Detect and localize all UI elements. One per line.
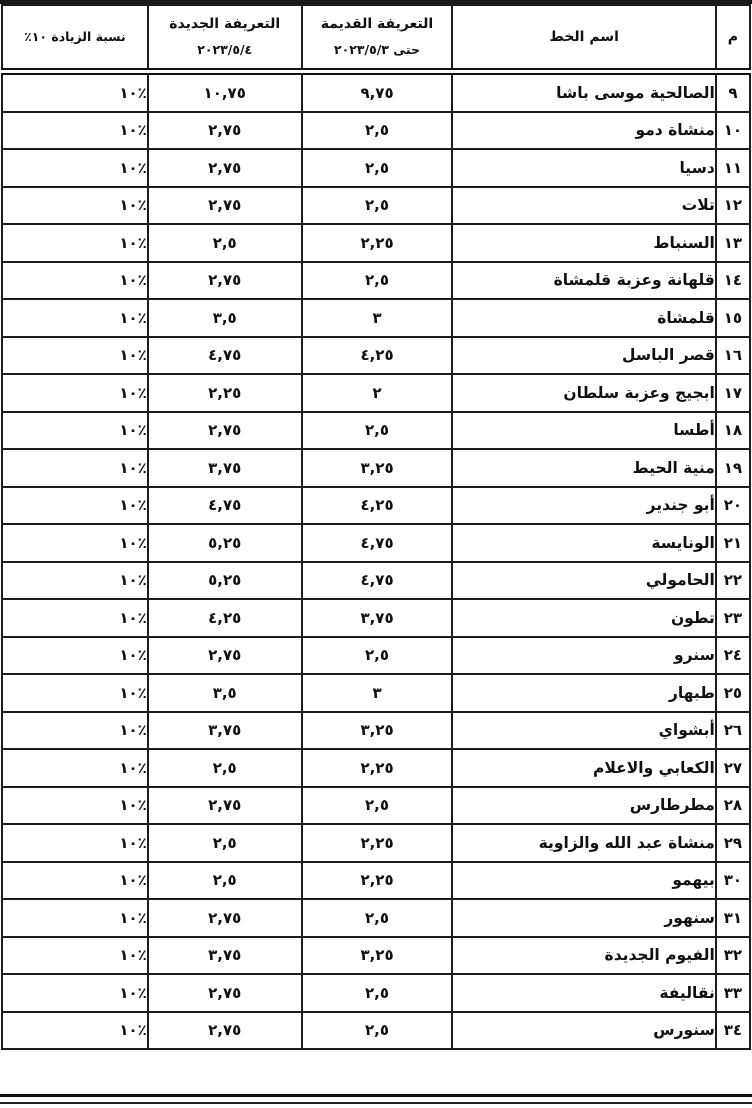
row-old-fare: ٣,٢٥ (302, 712, 453, 750)
row-line-name: سنورس (452, 1012, 715, 1050)
row-old-fare: ٢,٥ (302, 412, 453, 450)
header-increase: نسبة الزيادة ١٠٪ (2, 5, 148, 72)
row-new-fare: ٢,٥ (148, 862, 302, 900)
row-increase: ٪١٠ (2, 374, 148, 412)
row-num: ١٨ (716, 412, 750, 450)
row-num: ٢٠ (716, 487, 750, 525)
row-num: ٣١ (716, 899, 750, 937)
row-increase: ٪١٠ (2, 299, 148, 337)
row-old-fare: ٢,٥ (302, 112, 453, 150)
row-increase: ٪١٠ (2, 187, 148, 225)
table-row: ١٤قلهانة وعزبة قلمشاة٢,٥٢,٧٥٪١٠ (2, 262, 750, 300)
row-old-fare: ٢ (302, 374, 453, 412)
table-row: ٢٠أبو جندير٤,٢٥٤,٧٥٪١٠ (2, 487, 750, 525)
row-increase: ٪١٠ (2, 412, 148, 450)
row-old-fare: ٤,٧٥ (302, 562, 453, 600)
row-num: ٢٧ (716, 749, 750, 787)
row-increase: ٪١٠ (2, 824, 148, 862)
row-num: ٣٠ (716, 862, 750, 900)
row-increase: ٪١٠ (2, 224, 148, 262)
row-new-fare: ٢,٧٥ (148, 149, 302, 187)
row-increase: ٪١٠ (2, 562, 148, 600)
row-line-name: أبشواي (452, 712, 715, 750)
row-line-name: تلات (452, 187, 715, 225)
row-line-name: نقاليفة (452, 974, 715, 1012)
row-num: ٢٣ (716, 599, 750, 637)
row-old-fare: ٣,٢٥ (302, 449, 453, 487)
row-increase: ٪١٠ (2, 337, 148, 375)
table-row: ١٥قلمشاة٣٣,٥٪١٠ (2, 299, 750, 337)
row-line-name: الفيوم الجديدة (452, 937, 715, 975)
row-line-name: أطسا (452, 412, 715, 450)
row-old-fare: ٤,٢٥ (302, 337, 453, 375)
row-old-fare: ٢,٥ (302, 187, 453, 225)
row-increase: ٪١٠ (2, 449, 148, 487)
row-line-name: الصالحية موسى باشا (452, 72, 715, 112)
header-new-fare-title: التعريفة الجديدة (149, 11, 301, 37)
header-old-fare-date: حتى ٢٠٢٣/٥/٣ (303, 37, 452, 63)
row-num: ٣٣ (716, 974, 750, 1012)
row-increase: ٪١٠ (2, 937, 148, 975)
row-num: ١١ (716, 149, 750, 187)
row-old-fare: ٤,٧٥ (302, 524, 453, 562)
row-num: ١٠ (716, 112, 750, 150)
row-new-fare: ٣,٥ (148, 674, 302, 712)
row-increase: ٪١٠ (2, 112, 148, 150)
row-increase: ٪١٠ (2, 674, 148, 712)
row-new-fare: ٣,٧٥ (148, 449, 302, 487)
row-increase: ٪١٠ (2, 149, 148, 187)
row-increase: ٪١٠ (2, 637, 148, 675)
row-line-name: تطون (452, 599, 715, 637)
row-old-fare: ٣,٢٥ (302, 937, 453, 975)
header-old-fare-title: التعريفة القديمة (303, 11, 452, 37)
row-new-fare: ١٠,٧٥ (148, 72, 302, 112)
row-old-fare: ٢,٢٥ (302, 749, 453, 787)
row-new-fare: ٣,٥ (148, 299, 302, 337)
row-old-fare: ٢,٥ (302, 637, 453, 675)
row-old-fare: ٣ (302, 674, 453, 712)
row-new-fare: ٢,٧٥ (148, 787, 302, 825)
row-num: ٢٢ (716, 562, 750, 600)
row-num: ١٤ (716, 262, 750, 300)
row-increase: ٪١٠ (2, 787, 148, 825)
row-line-name: منية الحيط (452, 449, 715, 487)
row-line-name: قلهانة وعزبة قلمشاة (452, 262, 715, 300)
row-line-name: قصر الباسل (452, 337, 715, 375)
table-row: ٢٤سنرو٢,٥٢,٧٥٪١٠ (2, 637, 750, 675)
table-row: ٢٢الحامولي٤,٧٥٥,٢٥٪١٠ (2, 562, 750, 600)
row-line-name: منشاة دمو (452, 112, 715, 150)
table-row: ١٠منشاة دمو٢,٥٢,٧٥٪١٠ (2, 112, 750, 150)
table-row: ١٢تلات٢,٥٢,٧٥٪١٠ (2, 187, 750, 225)
row-num: ٩ (716, 72, 750, 112)
row-line-name: دسيا (452, 149, 715, 187)
row-line-name: مطرطارس (452, 787, 715, 825)
row-new-fare: ٢,٧٥ (148, 899, 302, 937)
row-line-name: سنهور (452, 899, 715, 937)
row-new-fare: ٥,٢٥ (148, 562, 302, 600)
table-row: ٢٦أبشواي٣,٢٥٣,٧٥٪١٠ (2, 712, 750, 750)
row-new-fare: ٤,٧٥ (148, 337, 302, 375)
bottom-border (0, 1094, 752, 1104)
table-row: ٣٤سنورس٢,٥٢,٧٥٪١٠ (2, 1012, 750, 1050)
row-line-name: طبهار (452, 674, 715, 712)
row-new-fare: ٢,٥ (148, 224, 302, 262)
row-increase: ٪١٠ (2, 1012, 148, 1050)
row-old-fare: ٢,٢٥ (302, 862, 453, 900)
row-old-fare: ٢,٢٥ (302, 224, 453, 262)
row-old-fare: ٢,٥ (302, 899, 453, 937)
row-line-name: أبو جندير (452, 487, 715, 525)
row-old-fare: ٣,٧٥ (302, 599, 453, 637)
row-num: ١٢ (716, 187, 750, 225)
row-increase: ٪١٠ (2, 712, 148, 750)
table-row: ٣٣نقاليفة٢,٥٢,٧٥٪١٠ (2, 974, 750, 1012)
row-new-fare: ٢,٥ (148, 749, 302, 787)
fare-table: م اسم الخط التعريفة القديمة حتى ٢٠٢٣/٥/٣… (1, 4, 751, 1050)
row-num: ٢١ (716, 524, 750, 562)
row-increase: ٪١٠ (2, 899, 148, 937)
row-increase: ٪١٠ (2, 862, 148, 900)
row-new-fare: ٤,٢٥ (148, 599, 302, 637)
table-row: ١١دسيا٢,٥٢,٧٥٪١٠ (2, 149, 750, 187)
row-new-fare: ٢,٧٥ (148, 637, 302, 675)
table-row: ١٣السنباط٢,٢٥٢,٥٪١٠ (2, 224, 750, 262)
row-num: ١٧ (716, 374, 750, 412)
row-increase: ٪١٠ (2, 974, 148, 1012)
table-row: ٢١الونايسة٤,٧٥٥,٢٥٪١٠ (2, 524, 750, 562)
table-row: ٢٥طبهار٣٣,٥٪١٠ (2, 674, 750, 712)
row-old-fare: ٢,٥ (302, 787, 453, 825)
header-new-fare-date: ٢٠٢٣/٥/٤ (149, 37, 301, 63)
table-row: ٩الصالحية موسى باشا٩,٧٥١٠,٧٥٪١٠ (2, 72, 750, 112)
row-new-fare: ٣,٧٥ (148, 937, 302, 975)
row-increase: ٪١٠ (2, 72, 148, 112)
row-num: ١٩ (716, 449, 750, 487)
row-new-fare: ٢,٧٥ (148, 412, 302, 450)
row-num: ٢٥ (716, 674, 750, 712)
row-line-name: الونايسة (452, 524, 715, 562)
header-old-fare: التعريفة القديمة حتى ٢٠٢٣/٥/٣ (302, 5, 453, 72)
row-line-name: منشاة عبد الله والزاوية (452, 824, 715, 862)
table-row: ٣٠بيهمو٢,٢٥٢,٥٪١٠ (2, 862, 750, 900)
table-row: ٣٢الفيوم الجديدة٣,٢٥٣,٧٥٪١٠ (2, 937, 750, 975)
row-num: ١٥ (716, 299, 750, 337)
row-increase: ٪١٠ (2, 524, 148, 562)
row-line-name: سنرو (452, 637, 715, 675)
row-new-fare: ٣,٧٥ (148, 712, 302, 750)
table-row: ٢٨مطرطارس٢,٥٢,٧٥٪١٠ (2, 787, 750, 825)
row-line-name: السنباط (452, 224, 715, 262)
header-new-fare: التعريفة الجديدة ٢٠٢٣/٥/٤ (148, 5, 302, 72)
row-line-name: قلمشاة (452, 299, 715, 337)
row-new-fare: ٢,٧٥ (148, 187, 302, 225)
row-new-fare: ٢,٢٥ (148, 374, 302, 412)
row-new-fare: ٢,٧٥ (148, 974, 302, 1012)
row-line-name: بيهمو (452, 862, 715, 900)
row-num: ٣٢ (716, 937, 750, 975)
row-new-fare: ٢,٧٥ (148, 262, 302, 300)
row-num: ٣٤ (716, 1012, 750, 1050)
table-row: ٣١سنهور٢,٥٢,٧٥٪١٠ (2, 899, 750, 937)
header-row: م اسم الخط التعريفة القديمة حتى ٢٠٢٣/٥/٣… (2, 5, 750, 72)
row-increase: ٪١٠ (2, 487, 148, 525)
table-row: ٢٣تطون٣,٧٥٤,٢٥٪١٠ (2, 599, 750, 637)
row-old-fare: ٣ (302, 299, 453, 337)
table-row: ١٦قصر الباسل٤,٢٥٤,٧٥٪١٠ (2, 337, 750, 375)
row-old-fare: ٩,٧٥ (302, 72, 453, 112)
row-new-fare: ٢,٧٥ (148, 1012, 302, 1050)
row-increase: ٪١٠ (2, 599, 148, 637)
table-row: ١٧ابجيج وعزبة سلطان٢٢,٢٥٪١٠ (2, 374, 750, 412)
row-increase: ٪١٠ (2, 749, 148, 787)
row-old-fare: ٢,٥ (302, 974, 453, 1012)
table-row: ١٩منية الحيط٣,٢٥٣,٧٥٪١٠ (2, 449, 750, 487)
row-old-fare: ٤,٢٥ (302, 487, 453, 525)
row-new-fare: ٢,٧٥ (148, 112, 302, 150)
row-num: ١٣ (716, 224, 750, 262)
row-num: ٢٩ (716, 824, 750, 862)
row-old-fare: ٢,٥ (302, 149, 453, 187)
header-line-name: اسم الخط (452, 5, 715, 72)
row-increase: ٪١٠ (2, 262, 148, 300)
header-num: م (716, 5, 750, 72)
row-num: ٢٤ (716, 637, 750, 675)
row-num: ٢٨ (716, 787, 750, 825)
row-num: ١٦ (716, 337, 750, 375)
row-line-name: ابجيج وعزبة سلطان (452, 374, 715, 412)
row-old-fare: ٢,٢٥ (302, 824, 453, 862)
row-num: ٢٦ (716, 712, 750, 750)
table-row: ٢٧الكعابي والاعلام٢,٢٥٢,٥٪١٠ (2, 749, 750, 787)
row-line-name: الكعابي والاعلام (452, 749, 715, 787)
row-new-fare: ٤,٧٥ (148, 487, 302, 525)
row-old-fare: ٢,٥ (302, 1012, 453, 1050)
table-row: ١٨أطسا٢,٥٢,٧٥٪١٠ (2, 412, 750, 450)
row-new-fare: ٢,٥ (148, 824, 302, 862)
row-old-fare: ٢,٥ (302, 262, 453, 300)
table-row: ٢٩منشاة عبد الله والزاوية٢,٢٥٢,٥٪١٠ (2, 824, 750, 862)
row-line-name: الحامولي (452, 562, 715, 600)
row-new-fare: ٥,٢٥ (148, 524, 302, 562)
